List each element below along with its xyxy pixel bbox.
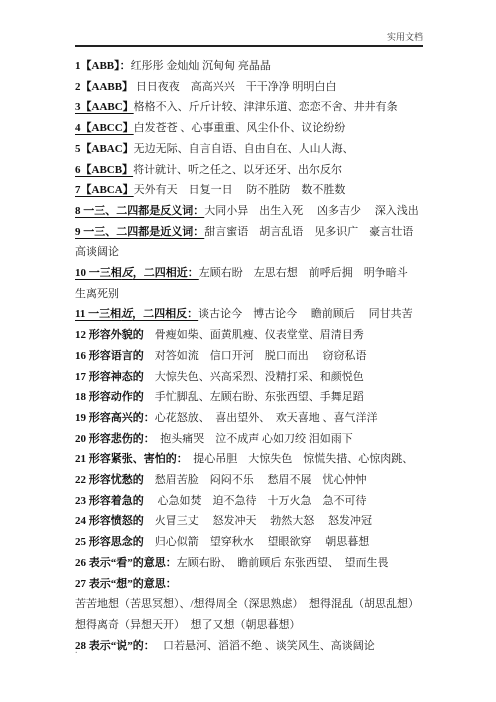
line-text: 谈古论今 博古论今 瞻前顾后 同甘共苦 xyxy=(198,308,413,320)
document-line: 19 形容高兴的：心花怒放、 喜出望外、 欢天喜地 、喜气洋洋 xyxy=(75,408,427,429)
line-text: 左顾右盼、 瞻前顾后 东张西望、 望而生畏 xyxy=(177,557,389,569)
document-line: 9 一三、二四都是近义词：甜言蜜语 胡言乱语 见多识广 豪言壮语 高谈阔论 xyxy=(75,222,427,263)
document-line: 7【ABCA】天外有天 日复一日 防不胜防 数不胜数 xyxy=(75,180,427,201)
document-line: 2【AABB】 日日夜夜 高高兴兴 干干净净 明明白白 xyxy=(75,77,427,98)
line-label: 16 形容语言的 xyxy=(75,350,144,362)
line-text: 苦苦地想（苦思冥想）、/想得周全（深思熟虑） 想得混乱（胡思乱想） xyxy=(75,598,419,610)
line-label: 24 形容愤怒的 xyxy=(75,515,144,527)
line-label: 23 形容着急的 xyxy=(75,495,144,507)
footer-mark: . xyxy=(75,645,78,656)
line-text: 手忙脚乱、左顾右盼、东张西望、手舞足蹈 xyxy=(144,391,364,403)
line-label: 3【AABC】 xyxy=(75,101,134,113)
line-label: 26 表示“看”的意思： xyxy=(75,557,177,569)
line-text: 火冒三丈 怒发冲天 勃然大怒 怒发冲冠 xyxy=(144,515,372,527)
line-text: 红彤彤 金灿灿 沉甸甸 亮晶晶 xyxy=(131,60,271,72)
line-label: 27 表示“想”的意思： xyxy=(75,578,177,590)
line-label: 4【ABCC】 xyxy=(75,122,134,134)
document-line: 26 表示“看”的意思：左顾右盼、 瞻前顾后 东张西望、 望而生畏 xyxy=(75,553,427,574)
document-line: 23 形容着急的 心急如焚 迫不急待 十万火急 急不可待 xyxy=(75,491,427,512)
document-line: 25 形容思念的 归心似箭 望穿秋水 望眼欲穿 朝思暮想 xyxy=(75,532,427,553)
document-line: 3【AABC】格格不入、斤斤计较、津津乐道、恋恋不舍、井井有条 xyxy=(75,97,427,118)
line-label: 22 形容忧愁的 xyxy=(75,474,144,486)
document-line: 6【ABCB】将计就计、听之任之、以牙还牙、出尔反尔 xyxy=(75,160,427,181)
line-text: 日日夜夜 高高兴兴 干干净净 明明白白 xyxy=(133,81,337,93)
line-text: 天外有天 日复一日 防不胜防 数不胜数 xyxy=(134,184,346,196)
header-label: 实用文档 xyxy=(387,32,423,42)
document-line: 4【ABCC】白发苍苍 、心事重重、风尘仆仆、议论纷纷 xyxy=(75,118,427,139)
line-label: 10 一三相 xyxy=(75,267,122,279)
line-label: 28 表示“说”的： xyxy=(75,640,149,652)
line-label: 18 形容动作的 xyxy=(75,391,144,403)
document-line: 28 表示“说”的： 口若悬河、滔滔不绝 、谈笑风生、高谈阔论 xyxy=(75,636,427,657)
document-line: 苦苦地想（苦思冥想）、/想得周全（深思熟虑） 想得混乱（胡思乱想） xyxy=(75,594,427,615)
line-label: ，二四相反： xyxy=(132,308,198,320)
line-text: 无边无际、自言自语、自由自在、人山人海、 xyxy=(134,143,354,155)
line-text: 愁眉苦脸 闷闷不乐 愁眉不展 忧心忡忡 xyxy=(144,474,367,486)
line-label: 20 形容悲伤的： xyxy=(75,433,149,445)
document-line: 1【ABB】：红彤彤 金灿灿 沉甸甸 亮晶晶 xyxy=(75,56,427,77)
line-label: 17 形容神态的 xyxy=(75,371,144,383)
line-label: 12 形容外貌的 xyxy=(75,329,144,341)
document-line: 17 形容神态的 大惊失色、兴高采烈、没精打采、和颜悦色 xyxy=(75,367,427,388)
document-line: 12 形容外貌的 骨瘦如柴、面黄肌瘦、仪表堂堂、眉清目秀 xyxy=(75,325,427,346)
line-label: 7【ABCA】 xyxy=(75,184,134,196)
line-label: 2【AABB】 xyxy=(75,81,133,93)
document-line: 5【ABAC】无边无际、自言自语、自由自在、人山人海、 xyxy=(75,139,427,160)
document-line: 18 形容动作的 手忙脚乱、左顾右盼、东张西望、手舞足蹈 xyxy=(75,387,427,408)
line-label: 近 xyxy=(121,308,132,320)
line-text: 格格不入、斤斤计较、津津乐道、恋恋不舍、井井有条 xyxy=(134,101,398,113)
document-line: 21 形容紧张、害怕的： 提心吊胆 大惊失色 惊慌失措、心惊肉跳、 xyxy=(75,449,427,470)
document-line: 10 一三相反，二四相近：左顾右盼 左思右想 前呼后拥 明争暗斗 生离死别 xyxy=(75,263,427,304)
line-text: 对答如流 信口开河 脱口而出 窃窃私语 xyxy=(144,350,367,362)
document-line: 11 一三相近，二四相反：谈古论今 博古论今 瞻前顾后 同甘共苦 xyxy=(75,304,427,325)
line-text: 想得离奇（异想天开） 想了又想（朝思暮想） xyxy=(75,619,301,631)
line-label: 1【ABB】： xyxy=(75,60,131,72)
line-text: 大惊失色、兴高采烈、没精打采、和颜悦色 xyxy=(144,371,364,383)
page-header: 实用文档 xyxy=(75,32,423,47)
document-line: 8 一三、二四都是反义词：大同小异 出生入死 凶多吉少 深入浅出 xyxy=(75,201,427,222)
line-text: 大同小异 出生入死 凶多吉少 深入浅出 xyxy=(204,205,419,217)
line-text: 心花怒放、 喜出望外、 欢天喜地 、喜气洋洋 xyxy=(155,412,378,424)
line-label: 6【ABCB】 xyxy=(75,164,133,176)
document-line: 24 形容愤怒的 火冒三丈 怒发冲天 勃然大怒 怒发冲冠 xyxy=(75,511,427,532)
document-line: 20 形容悲伤的： 抱头痛哭 泣不成声 心如刀绞 泪如雨下 xyxy=(75,429,427,450)
line-label: 21 形容紧张、害怕的： xyxy=(75,453,182,465)
document-line: 想得离奇（异想天开） 想了又想（朝思暮想） xyxy=(75,615,427,636)
document-line: 16 形容语言的 对答如流 信口开河 脱口而出 窃窃私语 xyxy=(75,346,427,367)
line-text: 提心吊胆 大惊失色 惊慌失措、心惊肉跳、 xyxy=(182,453,413,465)
line-label: 5【ABAC】 xyxy=(75,143,134,155)
line-text: 将计就计、听之任之、以牙还牙、出尔反尔 xyxy=(133,164,342,176)
line-text: 抱头痛哭 泣不成声 心如刀绞 泪如雨下 xyxy=(149,433,353,445)
line-label: 反 xyxy=(122,267,133,279)
document-line: 27 表示“想”的意思： xyxy=(75,574,427,595)
line-label: ，二四相近： xyxy=(133,267,199,279)
line-label: 9 一三、二四都是近义词： xyxy=(75,226,204,238)
line-text: 心急如焚 迫不急待 十万火急 急不可待 xyxy=(144,495,367,507)
line-label: 8 一三、二四都是反义词： xyxy=(75,205,204,217)
line-label: 19 形容高兴的： xyxy=(75,412,155,424)
line-text: 口若悬河、滔滔不绝 、谈笑风生、高谈阔论 xyxy=(149,640,375,652)
line-label: 11 一三相 xyxy=(75,308,121,320)
line-label: 25 形容思念的 xyxy=(75,536,144,548)
line-text: 归心似箭 望穿秋水 望眼欲穿 朝思暮想 xyxy=(144,536,370,548)
line-text: 骨瘦如柴、面黄肌瘦、仪表堂堂、眉清目秀 xyxy=(144,329,364,341)
line-text: 白发苍苍 、心事重重、风尘仆仆、议论纷纷 xyxy=(134,122,346,134)
document-page: 实用文档 1【ABB】：红彤彤 金灿灿 沉甸甸 亮晶晶2【AABB】 日日夜夜 … xyxy=(0,0,496,702)
document-lines: 1【ABB】：红彤彤 金灿灿 沉甸甸 亮晶晶2【AABB】 日日夜夜 高高兴兴 … xyxy=(75,56,427,656)
document-line: 22 形容忧愁的 愁眉苦脸 闷闷不乐 愁眉不展 忧心忡忡 xyxy=(75,470,427,491)
